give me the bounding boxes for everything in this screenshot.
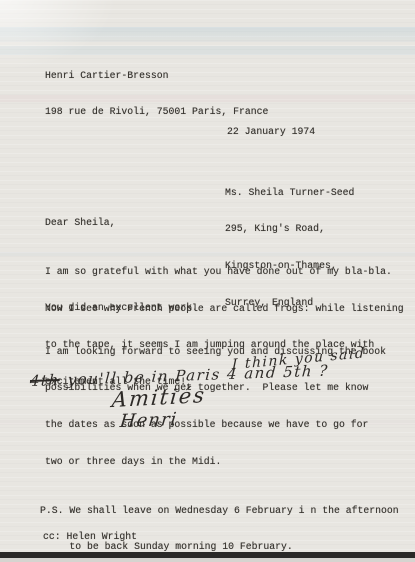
cc-line: cc: Helen Wright — [43, 531, 137, 543]
scan-bottom-margin — [0, 558, 415, 562]
handwritten-strikethrough-word: 4th — [29, 371, 60, 390]
sender-address: 198 rue de Rivoli, 75001 Paris, France — [45, 106, 268, 118]
recipient-street: 295, King's Road, — [225, 223, 354, 235]
paragraph-line: two or three days in the Midi. — [45, 456, 386, 468]
sender-block: Henri Cartier-Bresson 198 rue de Rivoli,… — [45, 45, 268, 131]
postscript-line: P.S. We shall leave on Wednesday 6 Febru… — [40, 505, 399, 517]
date-line: 22 January 1974 — [227, 126, 315, 138]
scanned-letter-page: { "page": { "paper_color": "#e8e6e1", "i… — [0, 0, 415, 562]
paragraph-line: Now I see why French people are called f… — [45, 303, 404, 315]
paragraph-3: I am looking forward to seeing you and d… — [45, 321, 386, 481]
recipient-name: Ms. Sheila Turner-Seed — [225, 187, 354, 199]
handwritten-signature: Henri — [119, 409, 178, 432]
handwritten-closing: Amitiés — [111, 383, 207, 412]
sender-name: Henri Cartier-Bresson — [45, 70, 268, 82]
salutation: Dear Sheila, — [45, 217, 116, 229]
paragraph-line: I am so grateful with what you have done… — [45, 266, 392, 278]
postscript-block: P.S. We shall leave on Wednesday 6 Febru… — [40, 480, 399, 562]
paragraph-line: the dates as soon as possible because we… — [45, 419, 386, 431]
